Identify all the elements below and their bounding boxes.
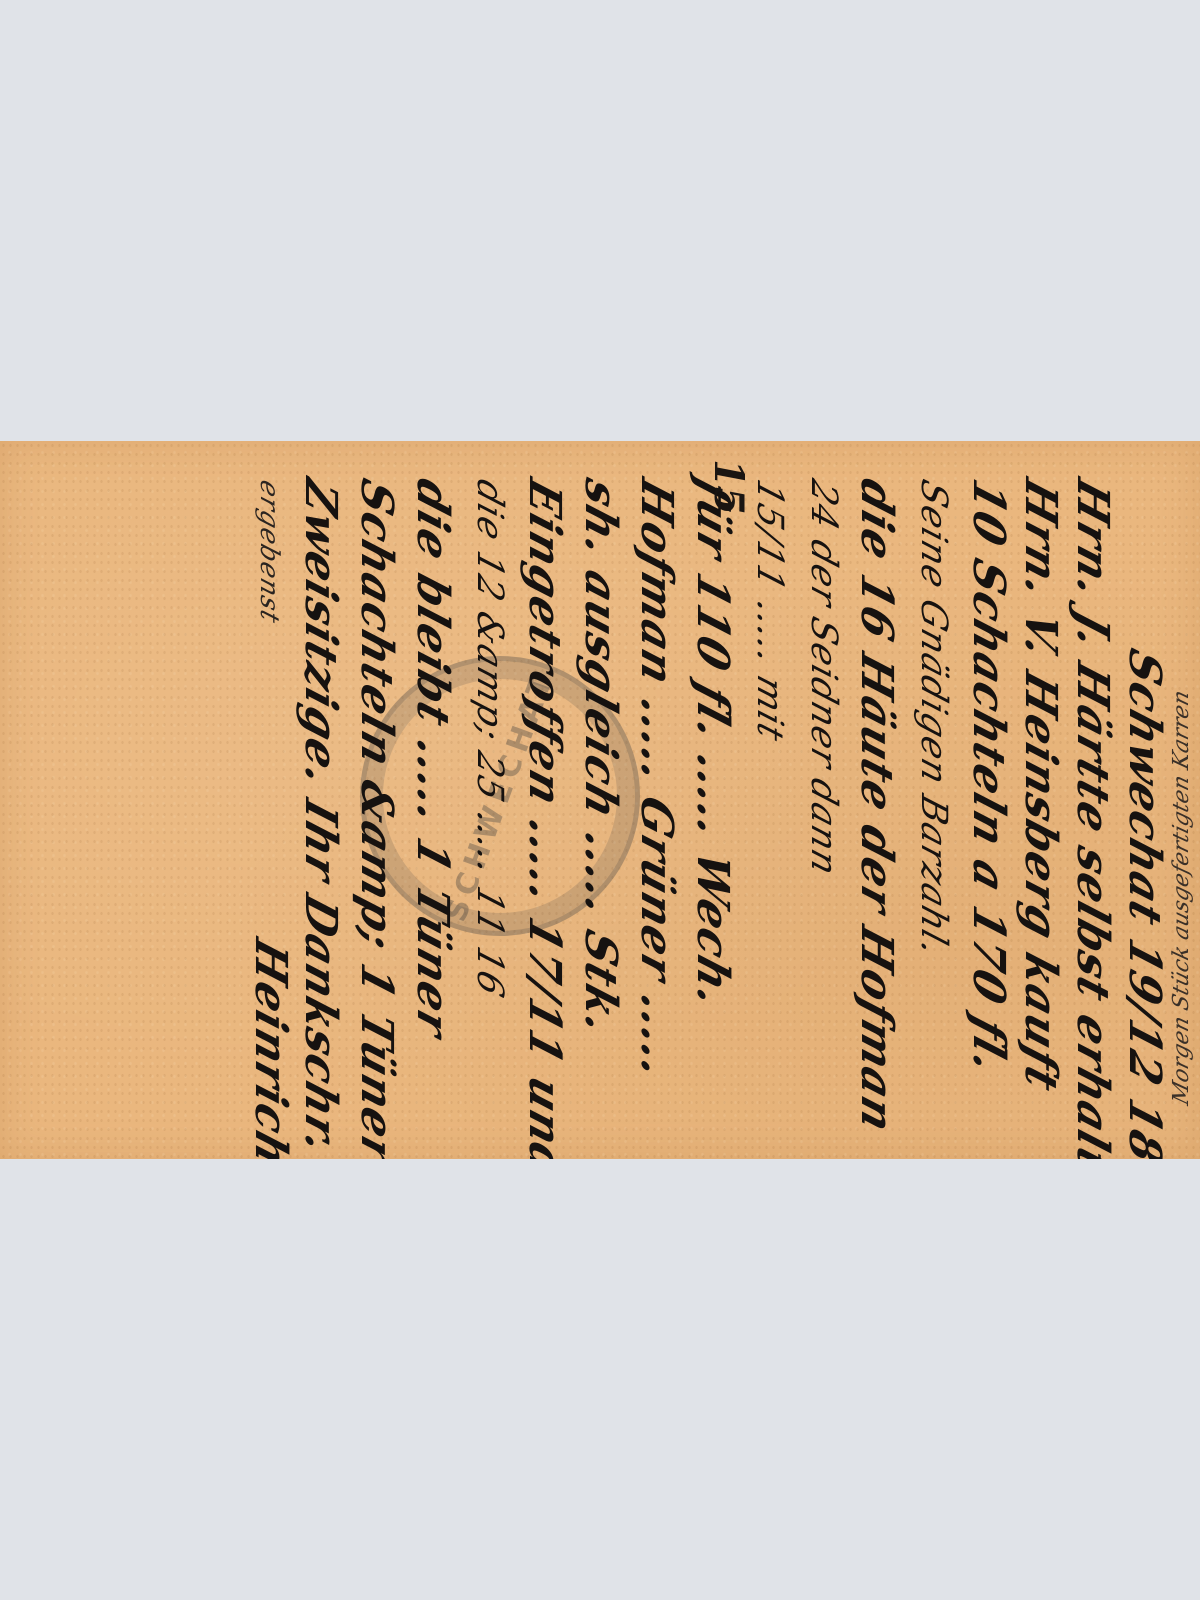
margin-number: 15 (705, 459, 752, 515)
place-date-line: Schwechat 19/12 1878 (1119, 643, 1170, 1159)
postcard: SCHWECHAT Morgen Stück ausgefertigten Ka… (0, 441, 1200, 1159)
text-line-5: die 16 Häute der Hofman (851, 473, 902, 1140)
text-line-1: Hrn. J. Härtte selbst erhalt, (1067, 473, 1118, 1159)
text-line-7: 15/11 ..... mit (749, 474, 790, 746)
text-line-4: Seine Gnädigen Barzahl. (913, 474, 954, 962)
signature: Heinrich (245, 933, 296, 1159)
handwriting-area: Morgen Stück ausgefertigten Karren Schwe… (0, 441, 1200, 1159)
text-line-8: für 110 fl. ..... Wech. (687, 473, 738, 1015)
text-line-13: die bleibt ..... 1 Tüner (407, 473, 458, 1045)
text-line-16: ergebenst (254, 476, 284, 627)
text-line-11: Eingetroffen ..... 17/11 und (519, 473, 570, 1159)
text-line-9: Hofman ..... Grüner ..... (631, 473, 682, 1087)
text-line-14: Schachteln &amp; 1 Tüner (351, 473, 402, 1159)
text-line-15: Zweisitzige. Ihr Dankschr. (295, 473, 346, 1159)
text-line-12: die 12 &amp; 25 ..... 11 16 (469, 474, 510, 1002)
text-line-2: Hrn. V. Heinsberg kauft (1015, 473, 1066, 1098)
text-line-3: 10 Schachteln a 170 fl. (963, 473, 1014, 1081)
text-line-10: sh. ausgleich ..... Stk. (575, 473, 626, 1042)
text-line-6: 24 der Seidner dann (803, 474, 844, 881)
upside-down-note: Morgen Stück ausgefertigten Karren (1169, 688, 1194, 1108)
